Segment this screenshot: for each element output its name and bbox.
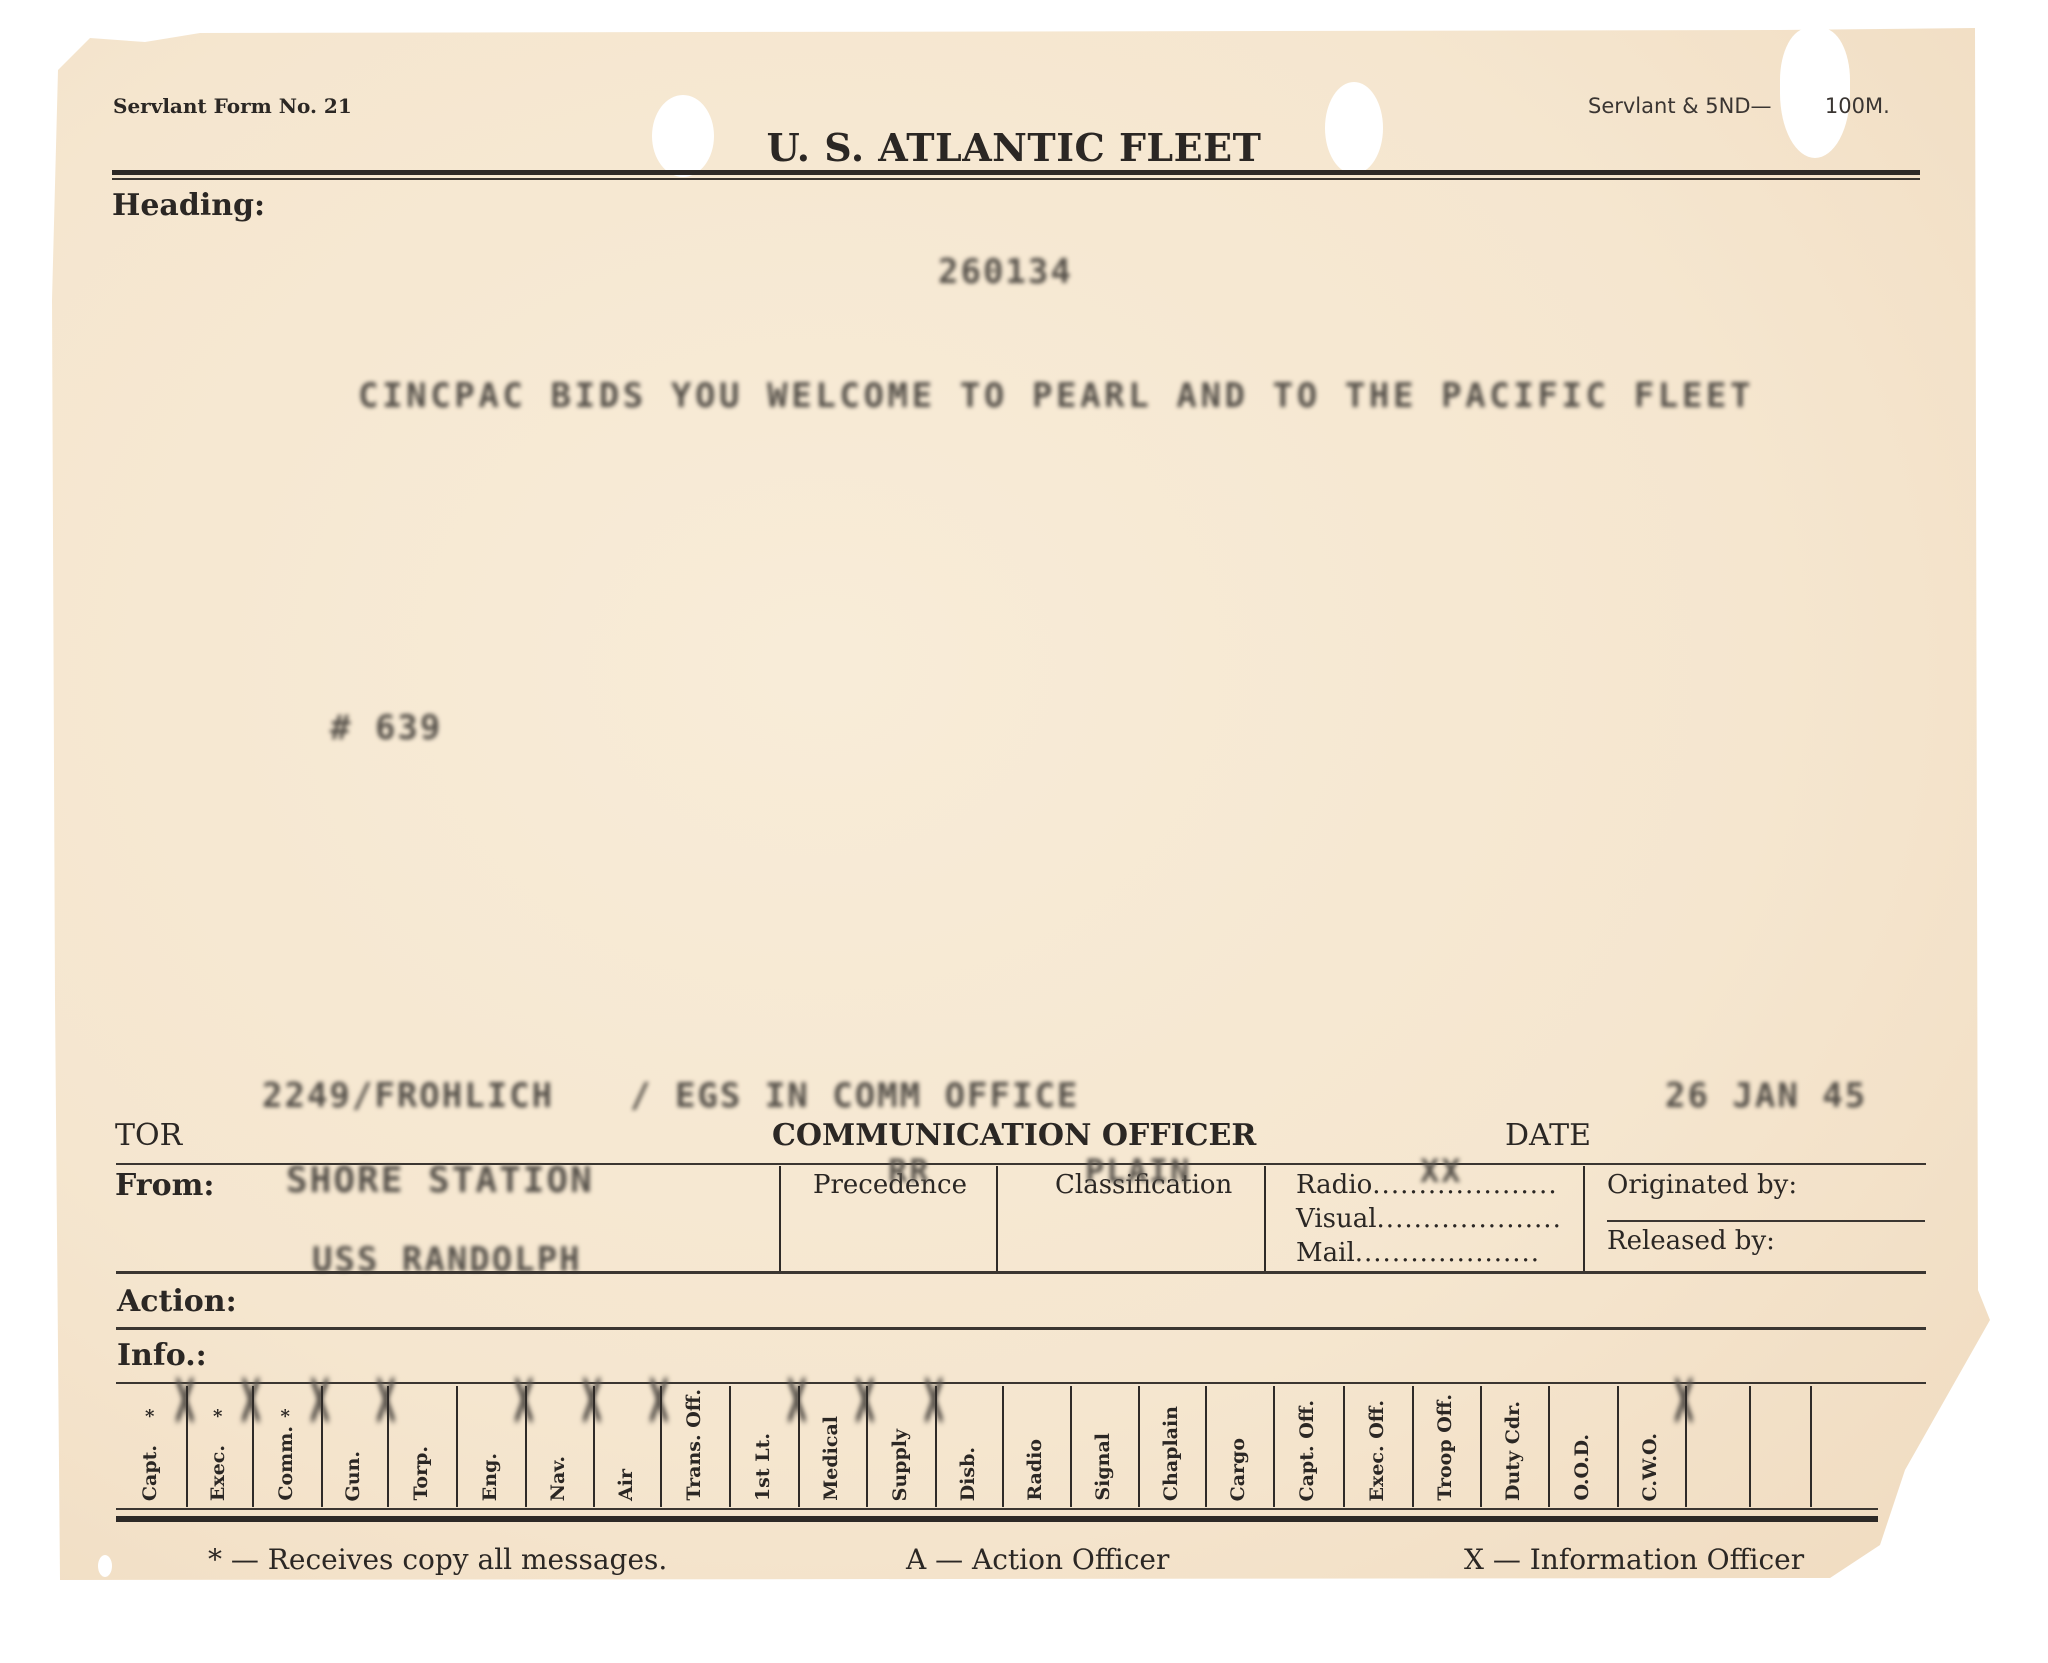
divider-line bbox=[186, 1386, 188, 1507]
from-value: SHORE STATION bbox=[286, 1160, 594, 1201]
from-label: From: bbox=[115, 1168, 214, 1203]
visual-label: Visual.................... bbox=[1296, 1204, 1562, 1234]
radio-value: XX bbox=[1420, 1152, 1463, 1190]
divider-line bbox=[387, 1386, 389, 1507]
distribution-column-label: Disb. bbox=[957, 1447, 979, 1501]
distribution-column-label: Capt. Off. bbox=[1296, 1400, 1318, 1502]
divider-line bbox=[779, 1166, 781, 1271]
distribution-column-label: 1st Lt. bbox=[752, 1433, 774, 1501]
heading-label: Heading: bbox=[112, 188, 265, 223]
action-label: Action: bbox=[117, 1284, 237, 1319]
divider-line bbox=[996, 1166, 998, 1271]
precedence-value: RR bbox=[888, 1152, 931, 1190]
distribution-column-label: Torp. bbox=[410, 1446, 432, 1501]
divider-line bbox=[1749, 1386, 1751, 1507]
divider-line bbox=[1810, 1386, 1812, 1507]
message-serial: # 639 bbox=[330, 708, 442, 748]
distribution-column-label: Nav. bbox=[547, 1456, 569, 1501]
distribution-column-label: Trans. Off. bbox=[683, 1389, 705, 1501]
radio-text: Radio bbox=[1296, 1170, 1372, 1200]
distribution-column-label: Air bbox=[615, 1469, 637, 1501]
message-text: CINCPAC BIDS YOU WELCOME TO PEARL AND TO… bbox=[358, 376, 1754, 416]
distribution-column-label: Supply bbox=[889, 1429, 911, 1501]
divider-line bbox=[866, 1386, 868, 1507]
divider-line bbox=[935, 1386, 937, 1507]
legend-star: * — Receives copy all messages. bbox=[208, 1543, 667, 1576]
divider-line bbox=[1685, 1386, 1687, 1507]
divider-line bbox=[456, 1386, 458, 1507]
divider-line bbox=[1412, 1386, 1414, 1507]
divider-line bbox=[1480, 1386, 1482, 1507]
distribution-column-label: C.W.O. bbox=[1639, 1433, 1661, 1501]
information-officer-mark: X bbox=[648, 1370, 670, 1436]
divider-line bbox=[660, 1386, 662, 1507]
divider-line bbox=[116, 1508, 1878, 1510]
divider-line bbox=[116, 1271, 1926, 1274]
receives-all-star: * bbox=[145, 1406, 154, 1427]
distribution-column-label: Gun. bbox=[342, 1451, 364, 1501]
distribution-column-label: Cargo bbox=[1227, 1438, 1249, 1501]
distribution-column-label: Capt. bbox=[139, 1445, 161, 1501]
information-officer-mark: X bbox=[309, 1370, 331, 1436]
originated-by-label: Originated by: bbox=[1607, 1170, 1797, 1200]
heading-dtg: 260134 bbox=[938, 252, 1073, 292]
divider-line bbox=[1264, 1166, 1266, 1271]
information-officer-mark: X bbox=[581, 1370, 603, 1436]
divider-line bbox=[798, 1386, 800, 1507]
divider-line bbox=[116, 1516, 1878, 1522]
legend-action: A — Action Officer bbox=[906, 1543, 1169, 1576]
divider-line bbox=[593, 1386, 595, 1507]
message-form-paper bbox=[0, 0, 2048, 1663]
information-officer-mark: X bbox=[513, 1370, 535, 1436]
distribution-column-label: Duty Cdr. bbox=[1502, 1401, 1524, 1501]
mail-text: Mail bbox=[1296, 1238, 1355, 1268]
divider-line bbox=[1583, 1166, 1585, 1271]
divider-line bbox=[525, 1386, 527, 1507]
date-value: 26 JAN 45 bbox=[1665, 1076, 1867, 1116]
radio-dots: .................... bbox=[1372, 1170, 1557, 1200]
tor-label: TOR bbox=[115, 1118, 182, 1153]
information-officer-mark: X bbox=[786, 1370, 808, 1436]
distribution-column-label: Signal bbox=[1092, 1433, 1114, 1501]
distribution-column-label: Medical bbox=[820, 1416, 842, 1501]
divider-line bbox=[116, 1327, 1926, 1330]
divider-line bbox=[1617, 1386, 1619, 1507]
distribution-column-label: Comm. bbox=[275, 1426, 297, 1501]
information-officer-mark: X bbox=[923, 1370, 945, 1436]
punch-hole bbox=[98, 1555, 112, 1577]
page-title: U. S. ATLANTIC FLEET bbox=[0, 125, 2028, 170]
comm-officer-value: / EGS IN COMM OFFICE bbox=[630, 1076, 1079, 1116]
information-officer-mark: X bbox=[1673, 1370, 1695, 1436]
distribution-column-label: Eng. bbox=[479, 1453, 501, 1501]
visual-text: Visual bbox=[1296, 1204, 1377, 1234]
info-label: Info.: bbox=[117, 1338, 207, 1373]
comm-officer-label: COMMUNICATION OFFICER bbox=[772, 1118, 1256, 1153]
form-number: Servlant Form No. 21 bbox=[113, 94, 352, 118]
legend-info: X — Information Officer bbox=[1464, 1543, 1804, 1576]
divider-line bbox=[252, 1386, 254, 1507]
tor-value: 2249/FROHLICH bbox=[262, 1076, 554, 1116]
classification-value: PLAIN bbox=[1085, 1152, 1191, 1190]
divider-line bbox=[1070, 1386, 1072, 1507]
mail-label: Mail.................... bbox=[1296, 1238, 1540, 1268]
released-by-label: Released by: bbox=[1607, 1226, 1775, 1256]
divider-line bbox=[1548, 1386, 1550, 1507]
distribution-column-label: Exec. Off. bbox=[1366, 1400, 1388, 1501]
divider-line bbox=[1205, 1386, 1207, 1507]
date-label: DATE bbox=[1505, 1118, 1591, 1153]
information-officer-mark: X bbox=[174, 1370, 196, 1436]
visual-dots: .................... bbox=[1377, 1204, 1562, 1234]
divider-line bbox=[729, 1386, 731, 1507]
receives-all-star: * bbox=[213, 1406, 222, 1427]
divider-line bbox=[1138, 1386, 1140, 1507]
distribution-column-label: Radio bbox=[1024, 1439, 1046, 1501]
to-value: USS RANDOLPH bbox=[312, 1240, 582, 1280]
distribution-column-label: Troop Off. bbox=[1434, 1394, 1456, 1501]
receives-all-star: * bbox=[281, 1406, 290, 1427]
mail-dots: .................... bbox=[1355, 1238, 1540, 1268]
divider-line bbox=[1343, 1386, 1345, 1507]
information-officer-mark: X bbox=[375, 1370, 397, 1436]
distribution-column-label: Exec. bbox=[207, 1445, 229, 1501]
distribution-column-label: O.O.D. bbox=[1571, 1434, 1593, 1501]
originated-by-line bbox=[1607, 1220, 1925, 1222]
divider-line bbox=[1273, 1386, 1275, 1507]
divider-line bbox=[321, 1386, 323, 1507]
information-officer-mark: X bbox=[854, 1370, 876, 1436]
header-rule bbox=[112, 170, 1920, 175]
header-rule bbox=[112, 178, 1920, 180]
distribution-column-label: Chaplain bbox=[1160, 1406, 1182, 1501]
information-officer-mark: X bbox=[240, 1370, 262, 1436]
print-info: Servlant & 5ND— 100M. bbox=[1588, 94, 1890, 118]
divider-line bbox=[1002, 1386, 1004, 1507]
